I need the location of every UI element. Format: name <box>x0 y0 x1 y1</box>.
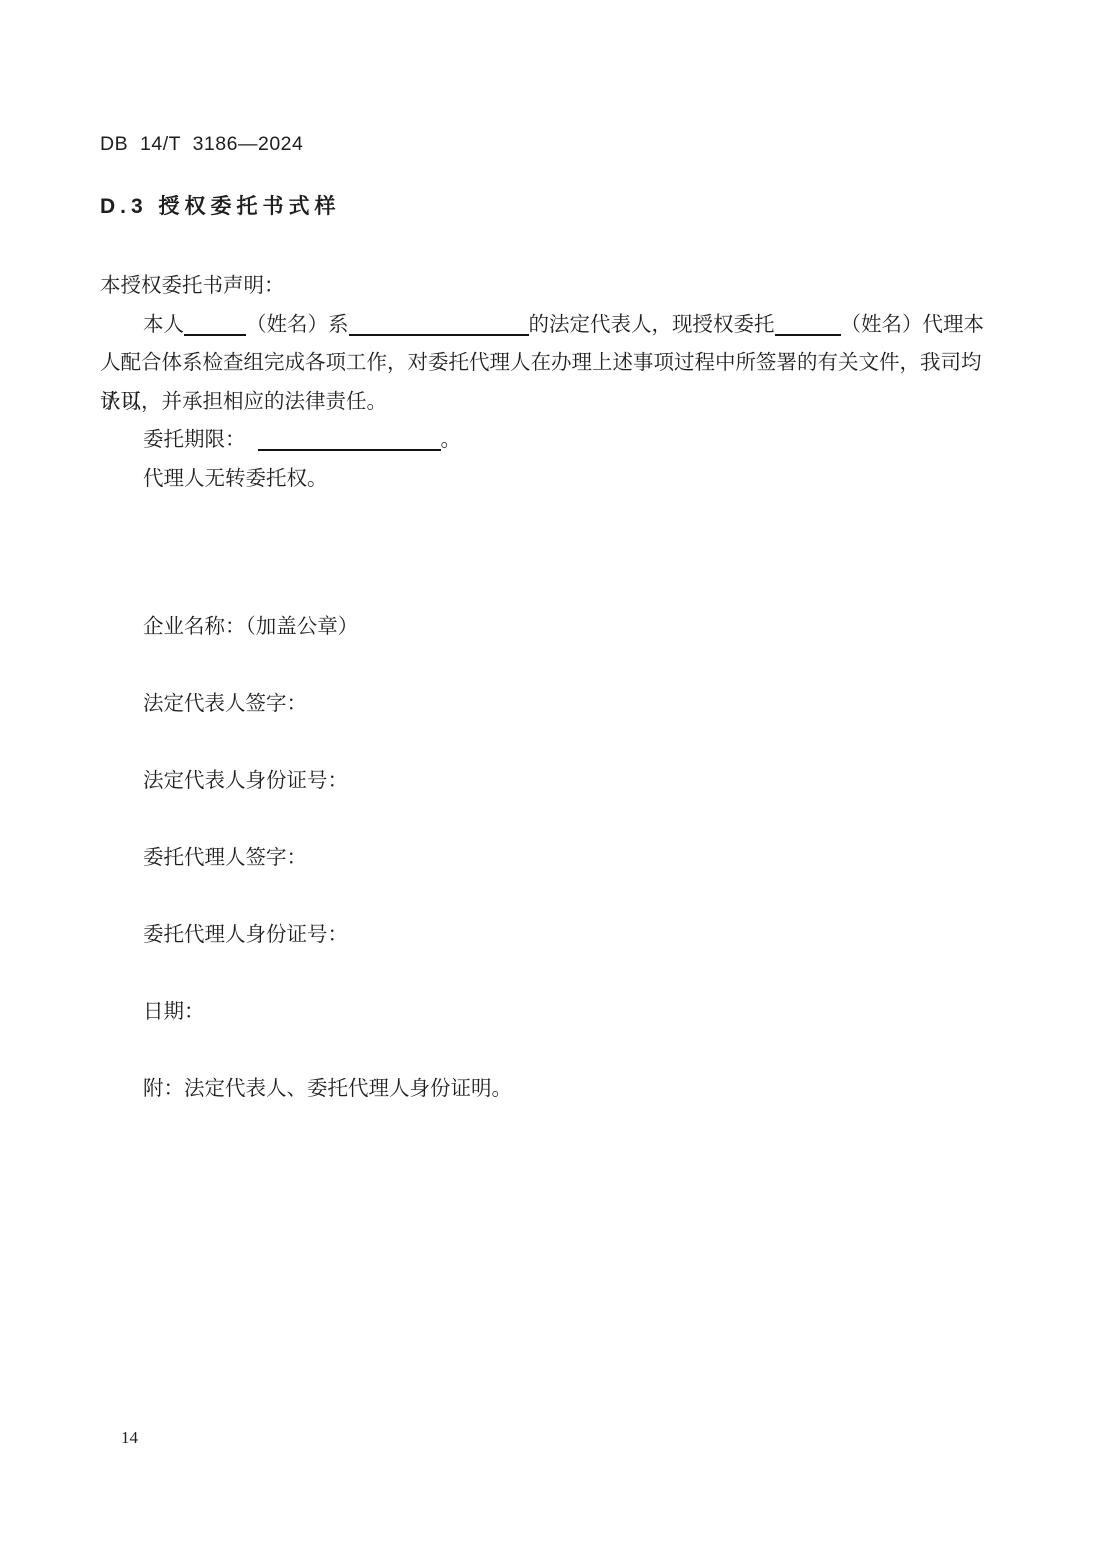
entrust-term-period: 。 <box>441 429 462 451</box>
field-company-name: 企业名称：（加盖公章） <box>143 589 512 666</box>
document-page: DB 14/T 3186—2024 D.3 授权委托书式样 本授权委托书声明： … <box>0 0 1102 1559</box>
declaration-block: 本授权委托书声明： 本人（姓名）系的法定代表人，现授权委托（姓名）代理本 人配合… <box>100 267 990 499</box>
declaration-line-2: 人配合体系检查组完成各项工作，对委托代理人在办理上述事项过程中所签署的有关文件，… <box>100 344 990 383</box>
declaration-line-3: 认可，并承担相应的法律责任。 <box>100 383 990 422</box>
line1-text-1: 本人 <box>143 314 184 336</box>
line1-text-4: （姓名）代理本 <box>841 314 985 336</box>
doc-number-header: DB 14/T 3186—2024 <box>100 133 303 156</box>
declaration-line-1: 本人（姓名）系的法定代表人，现授权委托（姓名）代理本 <box>100 306 990 345</box>
page-number: 14 <box>121 1428 138 1448</box>
attachment-note: 附：法定代表人、委托代理人身份证明。 <box>143 1051 512 1128</box>
line1-text-2: （姓名）系 <box>246 314 349 336</box>
field-agent-id-number: 委托代理人身份证号： <box>143 897 512 974</box>
field-date: 日期： <box>143 974 512 1051</box>
no-subdelegation-line: 代理人无转委托权。 <box>100 460 990 499</box>
company-name-blank-underline <box>349 312 529 336</box>
entrust-term-blank-underline <box>258 427 441 451</box>
field-legal-rep-id-number: 法定代表人身份证号： <box>143 743 512 820</box>
signature-form-block: 企业名称：（加盖公章） 法定代表人签字： 法定代表人身份证号： 委托代理人签字：… <box>143 589 512 1128</box>
line1-text-3: 的法定代表人，现授权委托 <box>529 314 775 336</box>
agent-name-blank-underline <box>775 312 841 336</box>
section-heading: D.3 授权委托书式样 <box>100 190 341 220</box>
entrust-term-label: 委托期限： <box>143 429 246 451</box>
declaration-intro: 本授权委托书声明： <box>100 267 990 306</box>
field-agent-signature: 委托代理人签字： <box>143 820 512 897</box>
field-legal-rep-signature: 法定代表人签字： <box>143 666 512 743</box>
entrust-term-line: 委托期限：。 <box>100 421 990 460</box>
principal-name-blank-underline <box>184 312 246 336</box>
